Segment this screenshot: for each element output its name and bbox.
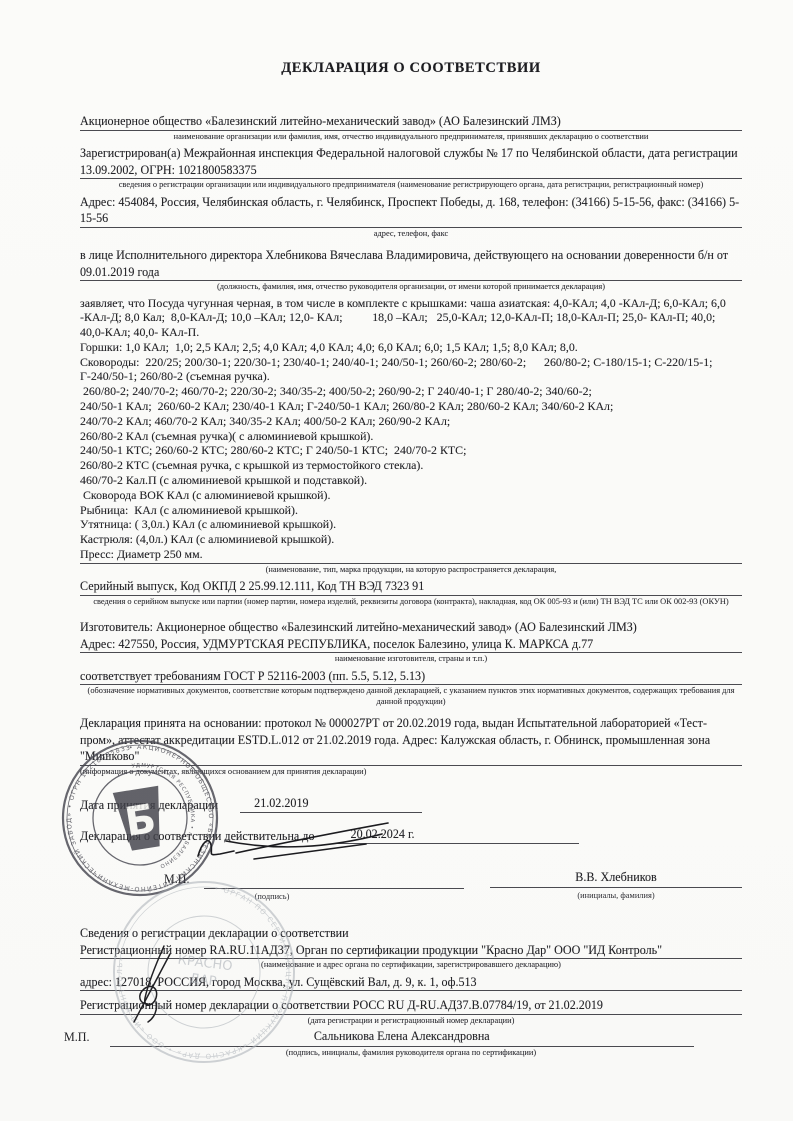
manufacturer-caption: наименование изготовителя, страны и т.п.… [80, 654, 742, 665]
basis-line: Декларация принята на основании: протоко… [80, 715, 742, 766]
declaration-document-page: ДЕКЛАРАЦИЯ О СООТВЕТСТВИИ Акционерное об… [0, 0, 793, 1121]
adoption-date-value: 21.02.2019 [240, 795, 422, 813]
registration-decl-number-caption: (дата регистрации и регистрационный номе… [80, 1016, 742, 1027]
product-list: заявляет, что Посуда чугунная черная, в … [80, 296, 742, 564]
product-line-press: Пресс: Диаметр 250 мм. [80, 547, 742, 564]
cert-head-caption: (подпись, инициалы, фамилия руководителя… [80, 1048, 742, 1059]
declarant-registration-caption: сведения о регистрации организации или и… [80, 180, 742, 191]
product-line: Сковорода ВОК КАл (с алюминиевой крышкой… [80, 488, 742, 503]
signer-caption: (инициалы, фамилия) [490, 891, 742, 900]
signature-line [204, 870, 464, 889]
product-line: 260/80-2 КАл (съемная ручка)( с алюминие… [80, 429, 742, 444]
signer-name: В.В. Хлебников [490, 870, 742, 888]
seal-place-label-2: М.П. [64, 1030, 90, 1047]
product-line: 240/50-1 КАл; 260/60-2 КАл; 230/40-1 КАл… [80, 399, 742, 414]
registration-number-line: Регистрационный номер RA.RU.11АД37, Орга… [80, 942, 742, 960]
declarant-address-line: Адрес: 454084, Россия, Челябинская облас… [80, 194, 742, 228]
product-line: Рыбница: КАл (с алюминиевой крышкой). [80, 503, 742, 518]
declarant-name-caption: наименование организации или фамилия, им… [80, 132, 742, 143]
registration-org-address-line: адрес: 127018, РОССИЯ, город Москва, ул.… [80, 974, 742, 992]
product-line: 260/80-2; 240/70-2; 460/70-2; 220/30-2; … [80, 384, 742, 399]
adoption-date-row: Дата принятия декларации 21.02.2019 [80, 795, 742, 813]
product-line: 240/50-1 КТС; 260/60-2 КТС; 280/60-2 КТС… [80, 443, 742, 458]
registration-decl-number-line: Регистрационный номер декларации о соотв… [80, 997, 742, 1015]
document-content: ДЕКЛАРАЦИЯ О СООТВЕТСТВИИ Акционерное об… [80, 60, 742, 1062]
representative-line: в лице Исполнительного директора Хлебник… [80, 247, 742, 281]
representative-caption: (должность, фамилия, имя, отчество руков… [80, 282, 742, 293]
product-line: 460/70-2 Кал.П (с алюминиевой крышкой и … [80, 473, 742, 488]
basis-caption: (информация о документах, являющихся осн… [80, 767, 742, 778]
seal-place-label: М.П. [164, 872, 190, 889]
registration-number-caption: (наименование и адрес органа по сертифик… [80, 960, 742, 971]
declarant-address-caption: адрес, телефон, факс [80, 229, 742, 240]
cert-head-name: Сальникова Елена Александровна [110, 1029, 694, 1047]
registration-seal-row: М.П. Сальникова Елена Александровна [80, 1029, 742, 1047]
signature-caption: (подпись) [122, 892, 422, 901]
valid-until-label: Декларация о соответствии действительна … [80, 828, 315, 844]
valid-until-row: Декларация о соответствии действительна … [80, 826, 742, 844]
serial-release-line: Серийный выпуск, Код ОКПД 2 25.99.12.111… [80, 578, 742, 596]
registration-section-title: Сведения о регистрации декларации о соот… [80, 925, 742, 942]
product-line: 260/80-2 КТС (съемная ручка, с крышкой и… [80, 458, 742, 473]
adoption-date-label: Дата принятия декларации [80, 797, 218, 813]
manufacturer-name-line: Изготовитель: Акционерное общество «Бале… [80, 619, 742, 636]
standards-caption: (обозначение нормативных документов, соо… [80, 686, 742, 707]
product-line: 240/70-2 КАл; 460/70-2 КАл; 340/35-2 КАл… [80, 414, 742, 429]
document-title: ДЕКЛАРАЦИЯ О СООТВЕТСТВИИ [80, 60, 742, 77]
valid-until-value: 20.02.2024 г. [337, 826, 579, 844]
serial-release-caption: сведения о серийном выпуске или партии (… [80, 597, 742, 608]
standards-line: соответствует требованиям ГОСТ Р 52116-2… [80, 668, 742, 686]
product-line: Сковороды: 220/25; 200/30-1; 220/30-1; 2… [80, 355, 742, 385]
product-line: Кастрюля: (4,0л.) КАл (с алюминиевой кры… [80, 532, 742, 547]
declarant-name-line: Акционерное общество «Балезинский литейн… [80, 113, 742, 131]
signature-row: М.П. (подпись) В.В. Хлебников (инициалы,… [80, 870, 742, 901]
product-line: Горшки: 1,0 КАл; 1,0; 2,5 КАл; 2,5; 4,0 … [80, 340, 742, 355]
manufacturer-address-line: Адрес: 427550, Россия, УДМУРТСКАЯ РЕСПУБ… [80, 636, 742, 654]
declarant-registration-line: Зарегистрирован(а) Межрайонная инспекция… [80, 145, 742, 179]
product-line: заявляет, что Посуда чугунная черная, в … [80, 296, 742, 340]
product-line: Утятница: ( 3,0л.) КАл (с алюминиевой кр… [80, 517, 742, 532]
product-caption: (наименование, тип, марка продукции, на … [80, 565, 742, 576]
